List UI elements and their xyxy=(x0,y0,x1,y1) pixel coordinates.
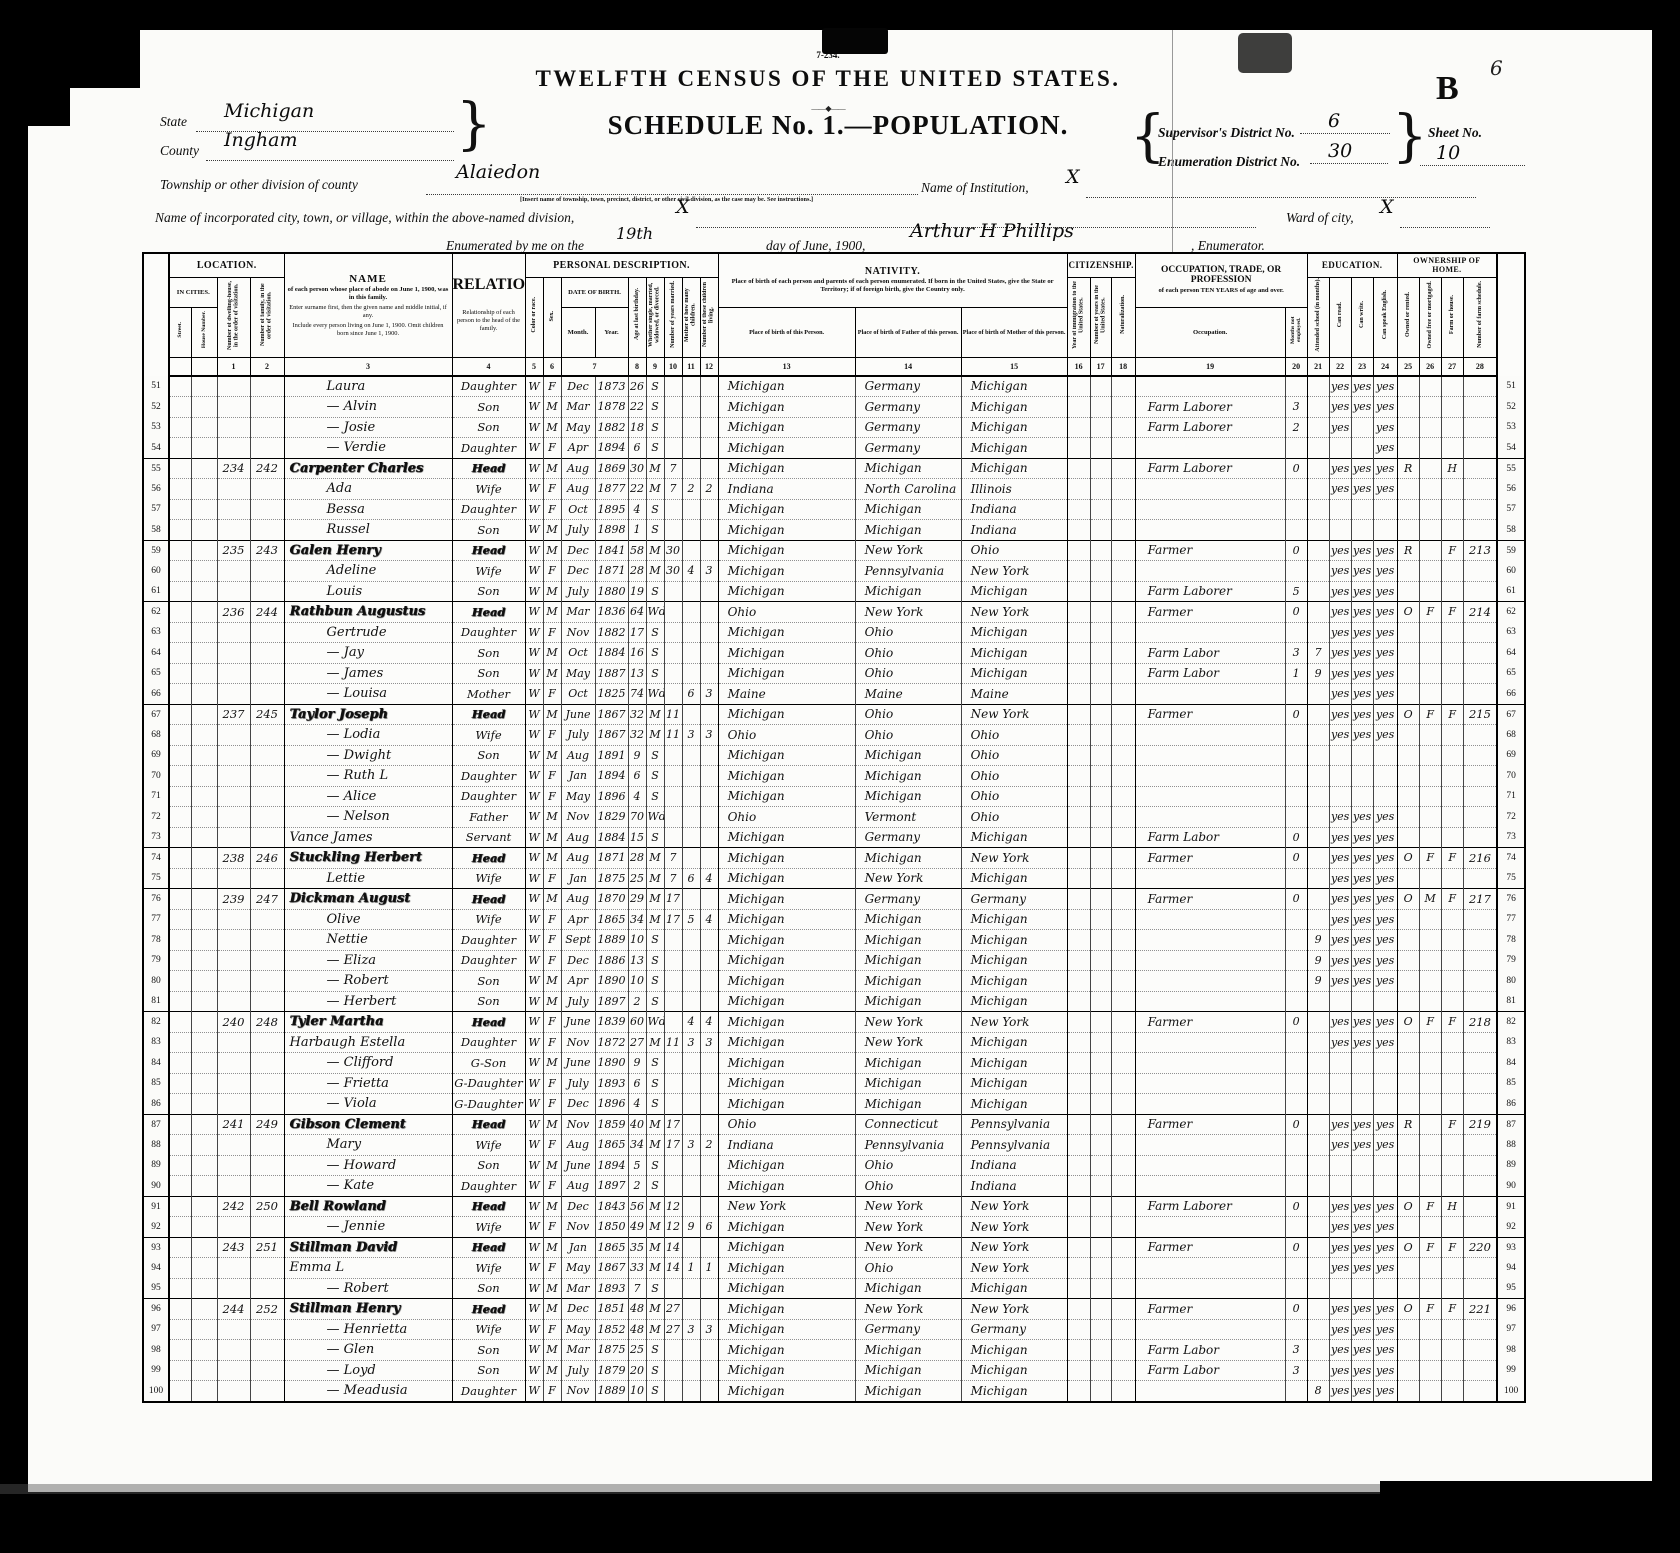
dwelling-number xyxy=(217,930,250,951)
naturalization xyxy=(1111,438,1135,459)
birthplace: Michigan xyxy=(718,581,855,602)
census-row: 53— JosieSonWMMay188218SMichiganGermanyM… xyxy=(143,417,1525,438)
color-race: W xyxy=(525,458,543,479)
mother-of-children xyxy=(682,1278,700,1299)
school-months xyxy=(1307,807,1329,828)
house-number xyxy=(191,1032,217,1053)
sex: M xyxy=(543,1155,561,1176)
birthplace: Michigan xyxy=(718,417,855,438)
sex: M xyxy=(543,417,561,438)
occupation xyxy=(1135,909,1285,930)
line-number-right: 95 xyxy=(1497,1278,1525,1299)
birth-month: Aug xyxy=(561,745,595,766)
years-married-label: Number of years married. xyxy=(670,281,677,348)
immigration-year xyxy=(1067,376,1090,397)
occupation xyxy=(1135,479,1285,500)
months-not-employed xyxy=(1285,950,1307,971)
birthplace: Michigan xyxy=(718,376,855,397)
birthplace: Indiana xyxy=(718,479,855,500)
color-race: W xyxy=(525,1135,543,1156)
months-not-employed xyxy=(1285,725,1307,746)
street xyxy=(169,1114,191,1135)
marital-status: S xyxy=(646,1360,664,1381)
line-number-left: 96 xyxy=(143,1299,169,1320)
sheet-rule xyxy=(1420,152,1525,166)
line-number-left: 64 xyxy=(143,643,169,664)
house-number xyxy=(191,745,217,766)
family-number xyxy=(250,1340,284,1361)
birth-month: Aug xyxy=(561,458,595,479)
person-name: Lettie xyxy=(284,868,452,889)
years-in-us-label: Number of years in the United States. xyxy=(1094,278,1107,352)
children-living: 1 xyxy=(700,1258,718,1279)
immigration-year xyxy=(1067,561,1090,582)
birthplace: Michigan xyxy=(718,1237,855,1258)
can-write: yes xyxy=(1351,684,1373,705)
naturalization xyxy=(1111,971,1135,992)
farm-schedule-header: Number of farm schedule. xyxy=(1463,277,1497,357)
line-number-left: 83 xyxy=(143,1032,169,1053)
street xyxy=(169,561,191,582)
sex: F xyxy=(543,1258,561,1279)
marital-status-header: Whether single, married, widowed, or div… xyxy=(646,277,664,357)
can-read xyxy=(1329,520,1351,541)
birthplace: Maine xyxy=(718,684,855,705)
marital-status: S xyxy=(646,499,664,520)
line-number-left: 73 xyxy=(143,827,169,848)
occupation: Farm Laborer xyxy=(1135,1196,1285,1217)
census-row: 51LauraDaughterWFDec187326SMichiganGerma… xyxy=(143,376,1525,397)
house-number xyxy=(191,540,217,561)
immigration-year xyxy=(1067,1381,1090,1402)
birth-month: Aug xyxy=(561,1176,595,1197)
naturalization xyxy=(1111,1196,1135,1217)
naturalization xyxy=(1111,1237,1135,1258)
age-header: Age at last birthday. xyxy=(628,277,646,357)
street xyxy=(169,1196,191,1217)
home-owned-rented xyxy=(1397,643,1419,664)
sheet-number-label: Sheet No. xyxy=(1428,125,1482,141)
age: 32 xyxy=(628,725,646,746)
relation: Daughter xyxy=(452,622,525,643)
children-living: 3 xyxy=(700,1319,718,1340)
birthplace: Michigan xyxy=(718,950,855,971)
column-number: 18 xyxy=(1111,357,1135,376)
marital-status: Wd xyxy=(646,807,664,828)
census-row: 90— KateDaughterWFAug18972SMichiganOhioI… xyxy=(143,1176,1525,1197)
children-living xyxy=(700,622,718,643)
home-free-mortgaged xyxy=(1419,684,1441,705)
age: 25 xyxy=(628,868,646,889)
sex: M xyxy=(543,1278,561,1299)
farm-or-house xyxy=(1441,786,1463,807)
years-married: 12 xyxy=(664,1217,682,1238)
mother-of-children xyxy=(682,991,700,1012)
can-write: yes xyxy=(1351,1012,1373,1033)
years-married xyxy=(664,766,682,787)
mother-birthplace: Pennsylvania xyxy=(961,1135,1067,1156)
naturalization xyxy=(1111,684,1135,705)
marital-status: S xyxy=(646,438,664,459)
relation: Wife xyxy=(452,868,525,889)
mother-birthplace: Indiana xyxy=(961,499,1067,520)
census-row: 70— Ruth LDaughterWFJan18946SMichiganMic… xyxy=(143,766,1525,787)
immigration-year xyxy=(1067,581,1090,602)
years-married xyxy=(664,786,682,807)
months-not-employed xyxy=(1285,1135,1307,1156)
relation: Wife xyxy=(452,479,525,500)
years-married xyxy=(664,520,682,541)
children-living-header: Number of these children living. xyxy=(700,277,718,357)
state-label: State xyxy=(160,114,187,130)
years-in-us xyxy=(1090,766,1111,787)
house-number xyxy=(191,991,217,1012)
children-living: 2 xyxy=(700,479,718,500)
column-number: 24 xyxy=(1373,357,1397,376)
years-in-us xyxy=(1090,622,1111,643)
birthplace: Michigan xyxy=(718,622,855,643)
immigration-year xyxy=(1067,397,1090,418)
children-living xyxy=(700,1381,718,1402)
family-number xyxy=(250,930,284,951)
color-race: W xyxy=(525,1237,543,1258)
home-free-mortgaged: F xyxy=(1419,602,1441,623)
home-free-mortgaged xyxy=(1419,499,1441,520)
color-race: W xyxy=(525,376,543,397)
birthplace: Michigan xyxy=(718,1217,855,1238)
naturalization xyxy=(1111,745,1135,766)
census-row: 54— VerdieDaughterWFApr18946SMichiganGer… xyxy=(143,438,1525,459)
can-read: yes xyxy=(1329,1196,1351,1217)
color-race-header: Color or race. xyxy=(525,277,543,357)
family-number: 243 xyxy=(250,540,284,561)
occupation xyxy=(1135,561,1285,582)
line-number-left: 72 xyxy=(143,807,169,828)
can-speak-english: yes xyxy=(1373,971,1397,992)
person-name: — Eliza xyxy=(284,950,452,971)
home-owned-rented: O xyxy=(1397,704,1419,725)
dwelling-number xyxy=(217,1032,250,1053)
birth-year: 1865 xyxy=(595,1135,628,1156)
person-name: Bessa xyxy=(284,499,452,520)
occupation: Farm Labor xyxy=(1135,1340,1285,1361)
father-birthplace: Germany xyxy=(855,438,961,459)
street xyxy=(169,1053,191,1074)
home-owned-rented xyxy=(1397,725,1419,746)
relation: Daughter xyxy=(452,499,525,520)
occupation: Farm Labor xyxy=(1135,827,1285,848)
dwelling-number xyxy=(217,1360,250,1381)
immigration-year xyxy=(1067,1196,1090,1217)
line-number-right: 55 xyxy=(1497,458,1525,479)
school-months xyxy=(1307,622,1329,643)
mother-birthplace: Michigan xyxy=(961,438,1067,459)
school-months xyxy=(1307,868,1329,889)
color-race: W xyxy=(525,520,543,541)
years-in-us xyxy=(1090,930,1111,951)
line-number-left: 87 xyxy=(143,1114,169,1135)
children-living xyxy=(700,1237,718,1258)
years-in-us xyxy=(1090,1299,1111,1320)
state-county-brace: } xyxy=(456,92,492,157)
years-married xyxy=(664,1360,682,1381)
children-living: 6 xyxy=(700,1217,718,1238)
naturalization xyxy=(1111,704,1135,725)
family-number xyxy=(250,1217,284,1238)
education-group-header: EDUCATION. xyxy=(1307,253,1397,277)
can-write: yes xyxy=(1351,1237,1373,1258)
birth-month: Jan xyxy=(561,1237,595,1258)
occupation xyxy=(1135,807,1285,828)
father-birthplace: New York xyxy=(855,1012,961,1033)
farm-or-house xyxy=(1441,1073,1463,1094)
can-write xyxy=(1351,1155,1373,1176)
line-number-left: 71 xyxy=(143,786,169,807)
home-free-mortgaged xyxy=(1419,1155,1441,1176)
can-speak-english: yes xyxy=(1373,1012,1397,1033)
person-name: Tyler Martha xyxy=(284,1012,452,1033)
home-owned-rented xyxy=(1397,1340,1419,1361)
farm-schedule-number xyxy=(1463,458,1497,479)
color-race: W xyxy=(525,581,543,602)
column-number: 13 xyxy=(718,357,855,376)
house-number xyxy=(191,1381,217,1402)
can-speak-english xyxy=(1373,1176,1397,1197)
relation: Son xyxy=(452,991,525,1012)
school-months xyxy=(1307,909,1329,930)
township-value: Alaiedon xyxy=(456,161,540,183)
years-married: 11 xyxy=(664,725,682,746)
home-owned-rented xyxy=(1397,786,1419,807)
mother-birthplace: Michigan xyxy=(961,827,1067,848)
immigration-year xyxy=(1067,1032,1090,1053)
farm-schedule-number xyxy=(1463,1196,1497,1217)
family-number xyxy=(250,1053,284,1074)
family-number: 249 xyxy=(250,1114,284,1135)
family-number xyxy=(250,376,284,397)
color-race: W xyxy=(525,1114,543,1135)
can-speak-english: yes xyxy=(1373,725,1397,746)
mother-birthplace: New York xyxy=(961,1196,1067,1217)
children-living xyxy=(700,1299,718,1320)
house-number xyxy=(191,1319,217,1340)
birth-year: 1839 xyxy=(595,1012,628,1033)
home-free-mortgaged xyxy=(1419,766,1441,787)
years-in-us xyxy=(1090,1278,1111,1299)
relation: Wife xyxy=(452,1258,525,1279)
farm-or-house xyxy=(1441,909,1463,930)
home-free-mortgaged xyxy=(1419,786,1441,807)
birth-month: Sept xyxy=(561,930,595,951)
age: 9 xyxy=(628,1053,646,1074)
family-number: 245 xyxy=(250,704,284,725)
age: 4 xyxy=(628,1094,646,1115)
column-number: 27 xyxy=(1441,357,1463,376)
can-speak-english xyxy=(1373,991,1397,1012)
home-owned-rented: R xyxy=(1397,540,1419,561)
years-in-us xyxy=(1090,1196,1111,1217)
color-race: W xyxy=(525,930,543,951)
years-married xyxy=(664,1278,682,1299)
naturalization xyxy=(1111,725,1135,746)
farm-or-house xyxy=(1441,1217,1463,1238)
sex: F xyxy=(543,499,561,520)
age: 7 xyxy=(628,1278,646,1299)
home-owned-rented xyxy=(1397,827,1419,848)
mother-of-children xyxy=(682,1094,700,1115)
house-number xyxy=(191,909,217,930)
marital-status: M xyxy=(646,1319,664,1340)
birth-month: Apr xyxy=(561,971,595,992)
dwelling-number xyxy=(217,397,250,418)
home-owned-rented: R xyxy=(1397,458,1419,479)
immigration-year xyxy=(1067,622,1090,643)
home-owned-rented xyxy=(1397,971,1419,992)
age: 28 xyxy=(628,561,646,582)
age-label: Age at last birthday. xyxy=(634,288,641,340)
line-number-right: 66 xyxy=(1497,684,1525,705)
age: 6 xyxy=(628,1073,646,1094)
immigration-year xyxy=(1067,1073,1090,1094)
birth-month: Nov xyxy=(561,807,595,828)
color-race: W xyxy=(525,1176,543,1197)
mother-of-children: 3 xyxy=(682,725,700,746)
home-owned-rented xyxy=(1397,438,1419,459)
birth-year: 1896 xyxy=(595,1094,628,1115)
years-married-header: Number of years married. xyxy=(664,277,682,357)
can-write: yes xyxy=(1351,622,1373,643)
marital-status: S xyxy=(646,663,664,684)
dwelling-number xyxy=(217,1319,250,1340)
relation: Head xyxy=(452,704,525,725)
age: 22 xyxy=(628,397,646,418)
immigration-year xyxy=(1067,1258,1090,1279)
months-not-employed: 0 xyxy=(1285,602,1307,623)
months-not-employed: 1 xyxy=(1285,663,1307,684)
mother-of-children xyxy=(682,1196,700,1217)
person-name: Gertrude xyxy=(284,622,452,643)
house-number xyxy=(191,1176,217,1197)
immigration-year xyxy=(1067,1299,1090,1320)
farm-schedule-number xyxy=(1463,766,1497,787)
farm-schedule-number xyxy=(1463,1258,1497,1279)
birth-year: 1889 xyxy=(595,1381,628,1402)
home-free-mortgaged xyxy=(1419,397,1441,418)
line-number-right: 85 xyxy=(1497,1073,1525,1094)
years-married: 17 xyxy=(664,889,682,910)
can-read xyxy=(1329,1053,1351,1074)
line-number-left: 92 xyxy=(143,1217,169,1238)
birth-year: 1890 xyxy=(595,971,628,992)
sex: M xyxy=(543,827,561,848)
can-speak-english: yes xyxy=(1373,868,1397,889)
street xyxy=(169,1319,191,1340)
mother-of-children xyxy=(682,930,700,951)
years-in-us xyxy=(1090,581,1111,602)
home-free-mortgaged: F xyxy=(1419,848,1441,869)
house-number xyxy=(191,663,217,684)
can-write: yes xyxy=(1351,807,1373,828)
sex: F xyxy=(543,930,561,951)
line-number-left: 93 xyxy=(143,1237,169,1258)
relation: Son xyxy=(452,520,525,541)
line-number-left: 97 xyxy=(143,1319,169,1340)
age: 6 xyxy=(628,766,646,787)
color-race: W xyxy=(525,950,543,971)
can-read: yes xyxy=(1329,561,1351,582)
occupation-group-title: OCCUPATION, TRADE, OR PROFESSION xyxy=(1136,264,1307,286)
relation: Head xyxy=(452,458,525,479)
line-number-right: 75 xyxy=(1497,868,1525,889)
birth-year: 1880 xyxy=(595,581,628,602)
marital-status: S xyxy=(646,930,664,951)
street-label: Street. xyxy=(177,322,183,338)
birthplace: Michigan xyxy=(718,848,855,869)
mother-of-children: 4 xyxy=(682,1012,700,1033)
pob-father-header: Place of birth of Father of this person. xyxy=(855,307,961,357)
can-speak-english: yes xyxy=(1373,827,1397,848)
birth-year: 1851 xyxy=(595,1299,628,1320)
home-owned-rented xyxy=(1397,1032,1419,1053)
naturalization xyxy=(1111,1278,1135,1299)
township-rule xyxy=(426,181,918,195)
naturalization xyxy=(1111,1299,1135,1320)
home-free-mortgaged xyxy=(1419,1360,1441,1381)
father-birthplace: Michigan xyxy=(855,520,961,541)
can-write: yes xyxy=(1351,602,1373,623)
mother-birthplace: Michigan xyxy=(961,1094,1067,1115)
birth-month: Aug xyxy=(561,848,595,869)
color-race: W xyxy=(525,1319,543,1340)
sex: M xyxy=(543,581,561,602)
birth-month: Jan xyxy=(561,766,595,787)
immigration-year xyxy=(1067,766,1090,787)
color-race: W xyxy=(525,1196,543,1217)
column-number: 20 xyxy=(1285,357,1307,376)
school-months xyxy=(1307,725,1329,746)
house-number xyxy=(191,1258,217,1279)
line-number-left: 74 xyxy=(143,848,169,869)
house-number xyxy=(191,1237,217,1258)
birth-year: 1898 xyxy=(595,520,628,541)
can-read: yes xyxy=(1329,1135,1351,1156)
father-birthplace: New York xyxy=(855,868,961,889)
dwelling-number xyxy=(217,1340,250,1361)
immigration-year xyxy=(1067,540,1090,561)
street xyxy=(169,1299,191,1320)
school-months xyxy=(1307,1073,1329,1094)
census-row: 94Emma LWifeWFMay186733M1411MichiganOhio… xyxy=(143,1258,1525,1279)
dwelling-number xyxy=(217,786,250,807)
birth-month: Aug xyxy=(561,1135,595,1156)
years-married xyxy=(664,397,682,418)
naturalization xyxy=(1111,1012,1135,1033)
birth-month: Dec xyxy=(561,561,595,582)
color-race: W xyxy=(525,848,543,869)
mother-birthplace: New York xyxy=(961,1258,1067,1279)
can-speak-english: yes xyxy=(1373,397,1397,418)
birthplace: Ohio xyxy=(718,725,855,746)
line-number-left: 69 xyxy=(143,745,169,766)
home-owned-rented xyxy=(1397,417,1419,438)
home-free-mortgaged xyxy=(1419,1258,1441,1279)
school-months: 7 xyxy=(1307,643,1329,664)
occupation: Farmer xyxy=(1135,540,1285,561)
years-in-us xyxy=(1090,540,1111,561)
line-number-left: 94 xyxy=(143,1258,169,1279)
line-number-left: 58 xyxy=(143,520,169,541)
column-number: 4 xyxy=(452,357,525,376)
